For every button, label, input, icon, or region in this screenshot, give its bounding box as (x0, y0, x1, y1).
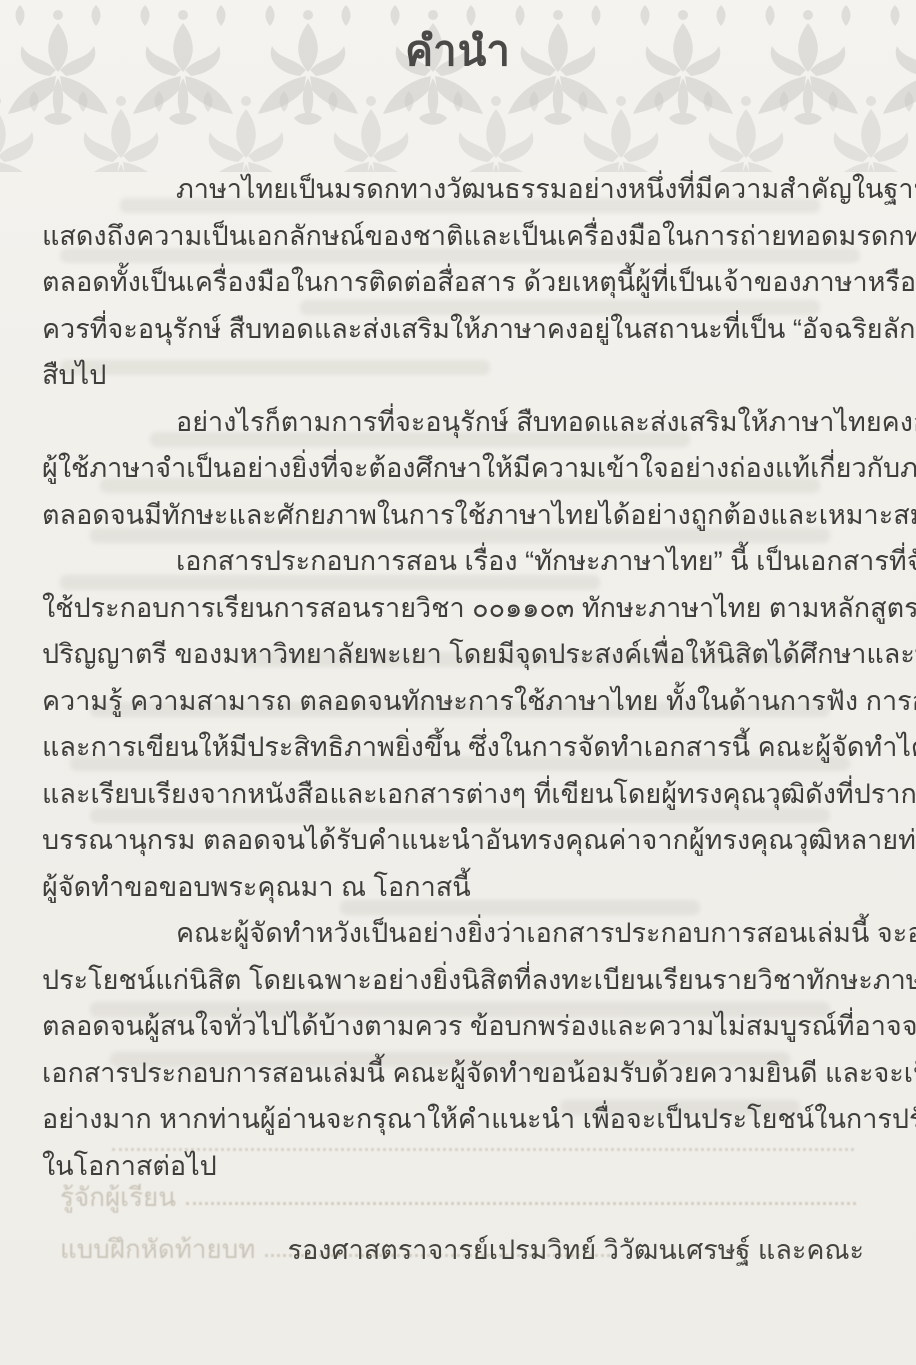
preface-body: ภาษาไทยเป็นมรดกทางวัฒนธรรมอย่างหนึ่งที่ม… (42, 166, 870, 1189)
text-line: ใช้ประกอบการเรียนการสอนรายวิชา ๐๐๑๑๐๓ ทั… (42, 585, 870, 632)
text-line: ประโยชน์แก่นิสิต โดยเฉพาะอย่างยิ่งนิสิตท… (42, 957, 870, 1004)
text-line: อย่างไรก็ตามการที่จะอนุรักษ์ สืบทอดและส่… (42, 399, 870, 446)
text-line: ตลอดทั้งเป็นเครื่องมือในการติดต่อสื่อสาร… (42, 259, 870, 306)
paragraph-2: อย่างไรก็ตามการที่จะอนุรักษ์ สืบทอดและส่… (42, 399, 870, 539)
text-line: ภาษาไทยเป็นมรดกทางวัฒนธรรมอย่างหนึ่งที่ม… (42, 166, 870, 213)
text-line: บรรณานุกรม ตลอดจนได้รับคำแนะนำอันทรงคุณค… (42, 817, 870, 864)
text-line: และการเขียนให้มีประสิทธิภาพยิ่งขึ้น ซึ่ง… (42, 724, 870, 771)
text-line: เอกสารประกอบการสอนเล่มนี้ คณะผู้จัดทำขอน… (42, 1050, 870, 1097)
text-line: ตลอดจนผู้สนใจทั่วไปได้บ้างตามควร ข้อบกพร… (42, 1003, 870, 1050)
page-title: คำนำ (0, 18, 916, 84)
text-line: ควรที่จะอนุรักษ์ สืบทอดและส่งเสริมให้ภาษ… (42, 306, 870, 353)
paragraph-3: เอกสารประกอบการสอน เรื่อง “ทักษะภาษาไทย”… (42, 538, 870, 910)
text-line: เอกสารประกอบการสอน เรื่อง “ทักษะภาษาไทย”… (42, 538, 870, 585)
text-line: แสดงถึงความเป็นเอกลักษณ์ของชาติและเป็นเค… (42, 213, 870, 260)
bleedthrough-dotted-leader (186, 1202, 856, 1205)
text-line: ตลอดจนมีทักษะและศักยภาพในการใช้ภาษาไทยได… (42, 492, 870, 539)
text-line: คณะผู้จัดทำหวังเป็นอย่างยิ่งว่าเอกสารประ… (42, 910, 870, 957)
text-line: ในโอกาสต่อไป (42, 1143, 870, 1190)
text-line: และเรียบเรียงจากหนังสือและเอกสารต่างๆ ที… (42, 771, 870, 818)
signature-line: รองศาสตราจารย์เปรมวิทย์ วิวัฒนเศรษฐ์ และ… (288, 1228, 864, 1271)
text-line: สืบไป (42, 352, 870, 399)
text-line: ความรู้ ความสามารถ ตลอดจนทักษะการใช้ภาษา… (42, 678, 870, 725)
bleedthrough-toc-label: แบบฝึกหัดท้ายบท (60, 1234, 255, 1264)
scanned-preface-page: รู้จักผู้เรียน แบบฝึกหัดท้ายบท คำนำ ภาษา… (0, 0, 916, 1365)
text-line: ผู้จัดทำขอขอบพระคุณมา ณ โอกาสนี้ (42, 864, 870, 911)
paragraph-4: คณะผู้จัดทำหวังเป็นอย่างยิ่งว่าเอกสารประ… (42, 910, 870, 1189)
text-line: ผู้ใช้ภาษาจำเป็นอย่างยิ่งที่จะต้องศึกษาใ… (42, 445, 870, 492)
text-line: ปริญญาตรี ของมหาวิทยาลัยพะเยา โดยมีจุดปร… (42, 631, 870, 678)
paragraph-1: ภาษาไทยเป็นมรดกทางวัฒนธรรมอย่างหนึ่งที่ม… (42, 166, 870, 399)
text-line: อย่างมาก หากท่านผู้อ่านจะกรุณาให้คำแนะนำ… (42, 1096, 870, 1143)
